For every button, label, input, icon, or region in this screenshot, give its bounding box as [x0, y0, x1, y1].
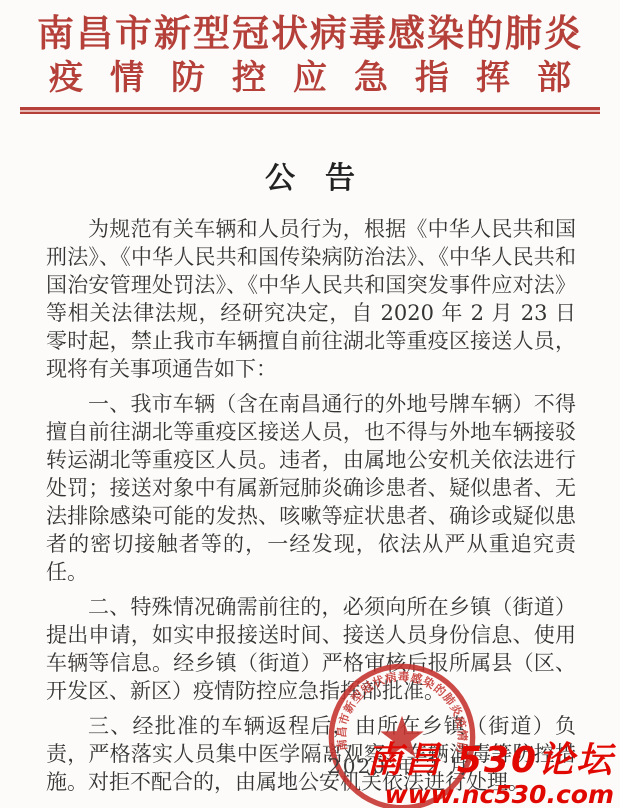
official-notice-page: 南昌市新型冠状病毒感染的肺炎 疫情防控应急指挥部 公 告 为规范有关车辆和人员行… — [0, 0, 620, 808]
paragraph-item-1: 一、我市车辆（含在南昌通行的外地号牌车辆）不得擅自前往湖北等重疫区接送人员，也不… — [46, 390, 576, 586]
paragraph-item-2: 二、特殊情况确需前往的，必须向所在乡镇（街道）提出申请，如实申报接送时间、接送人… — [46, 593, 576, 705]
watermark: 南昌 530论坛 www.nc530.com — [366, 740, 614, 808]
letterhead: 南昌市新型冠状病毒感染的肺炎 疫情防控应急指挥部 — [0, 0, 620, 100]
letterhead-org-name-line1: 南昌市新型冠状病毒感染的肺炎 — [0, 10, 620, 56]
letterhead-divider-rule — [20, 107, 600, 114]
paragraph-intro: 为规范有关车辆和人员行为，根据《中华人民共和国刑法》、《中华人民共和国传染病防治… — [46, 215, 576, 383]
document-body: 为规范有关车辆和人员行为，根据《中华人民共和国刑法》、《中华人民共和国传染病防治… — [46, 215, 576, 796]
letterhead-org-name-line2: 疫情防控应急指挥部 — [0, 56, 620, 100]
document-title: 公 告 — [0, 160, 620, 198]
watermark-site-url: www.nc530.com — [366, 782, 614, 808]
watermark-site-name: 南昌 530论坛 — [366, 740, 614, 782]
